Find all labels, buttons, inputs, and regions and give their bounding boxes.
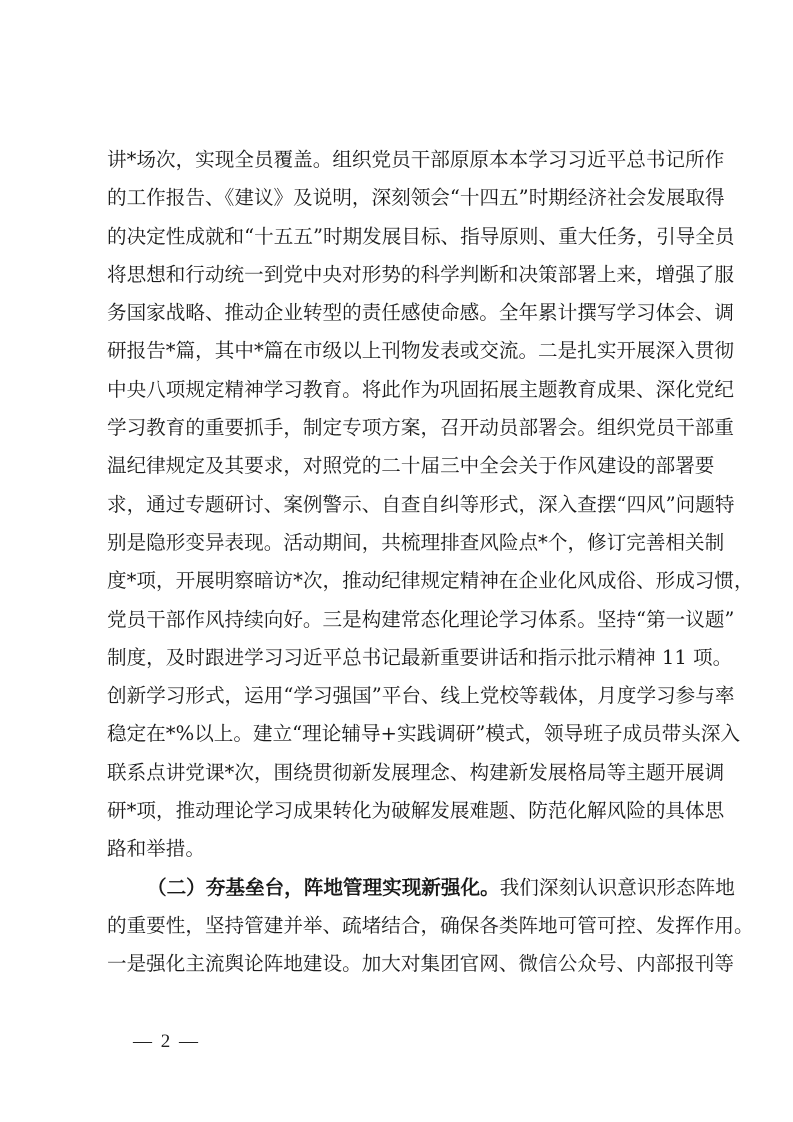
text-line: 温纪律规定及其要求，对照党的二十届三中全会关于作风建设的部署要	[107, 447, 701, 485]
text-line: 研报告*篇，其中*篇在市级以上刊物发表或交流。二是扎实开展深入贯彻	[107, 332, 701, 370]
page-number: — 2 —	[133, 1031, 200, 1053]
document-body: 讲*场次，实现全员覆盖。组织党员干部原原本本学习习近平总书记所作 的工作报告、《…	[107, 141, 701, 984]
text-line: 务国家战略、推动企业转型的责任感使命感。全年累计撰写学习体会、调	[107, 294, 701, 332]
text-line: 一是强化主流舆论阵地建设。加大对集团官网、微信公众号、内部报刊等	[107, 945, 701, 983]
text-line: 党员干部作风持续向好。三是构建常态化理论学习体系。坚持“第一议题”	[107, 601, 701, 639]
text-line: 学习教育的重要抓手，制定专项方案，召开动员部署会。组织党员干部重	[107, 409, 701, 447]
text-line: 求，通过专题研讨、案例警示、自查自纠等形式，深入查摆“四风”问题特	[107, 486, 701, 524]
paragraph-end-line: 路和举措。	[107, 830, 701, 868]
section-two-heading: （二）夯基垒台，阵地管理实现新强化。	[147, 876, 500, 899]
text-line: 的工作报告、《建议》及说明，深刻领会“十四五”时期经济社会发展取得	[107, 179, 701, 217]
text-line: 的决定性成就和“十五五”时期发展目标、指导原则、重大任务，引导全员	[107, 218, 701, 256]
text-line: 将思想和行动统一到党中央对形势的科学判断和决策部署上来，增强了服	[107, 256, 701, 294]
text-line: 研*项，推动理论学习成果转化为破解发展难题、防范化解风险的具体思	[107, 792, 701, 830]
text-line: 制度，及时跟进学习习近平总书记最新重要讲话和指示批示精神 11 项。	[107, 639, 701, 677]
text-line: 中央八项规定精神学习教育。将此作为巩固拓展主题教育成果、深化党纪	[107, 371, 701, 409]
text-line: 讲*场次，实现全员覆盖。组织党员干部原原本本学习习近平总书记所作	[107, 141, 701, 179]
text-line: 稳定在*%以上。建立“理论辅导+实践调研”模式，领导班子成员带头深入	[107, 715, 701, 753]
section-two-first-line: （二）夯基垒台，阵地管理实现新强化。我们深刻认识意识形态阵地	[107, 869, 701, 907]
document-page: 讲*场次，实现全员覆盖。组织党员干部原原本本学习习近平总书记所作 的工作报告、《…	[0, 0, 793, 1122]
text-line: 创新学习形式，运用“学习强国”平台、线上党校等载体，月度学习参与率	[107, 677, 701, 715]
text-line: 的重要性，坚持管建并举、疏堵结合，确保各类阵地可管可控、发挥作用。	[107, 907, 701, 945]
section-two-text: 我们深刻认识意识形态阵地	[500, 876, 735, 899]
text-line: 联系点讲党课*次，围绕贯彻新发展理念、构建新发展格局等主题开展调	[107, 754, 701, 792]
text-line: 度*项，开展明察暗访*次，推动纪律规定精神在企业化风成俗、形成习惯，	[107, 562, 701, 600]
text-line: 别是隐形变异表现。活动期间，共梳理排查风险点*个，修订完善相关制	[107, 524, 701, 562]
